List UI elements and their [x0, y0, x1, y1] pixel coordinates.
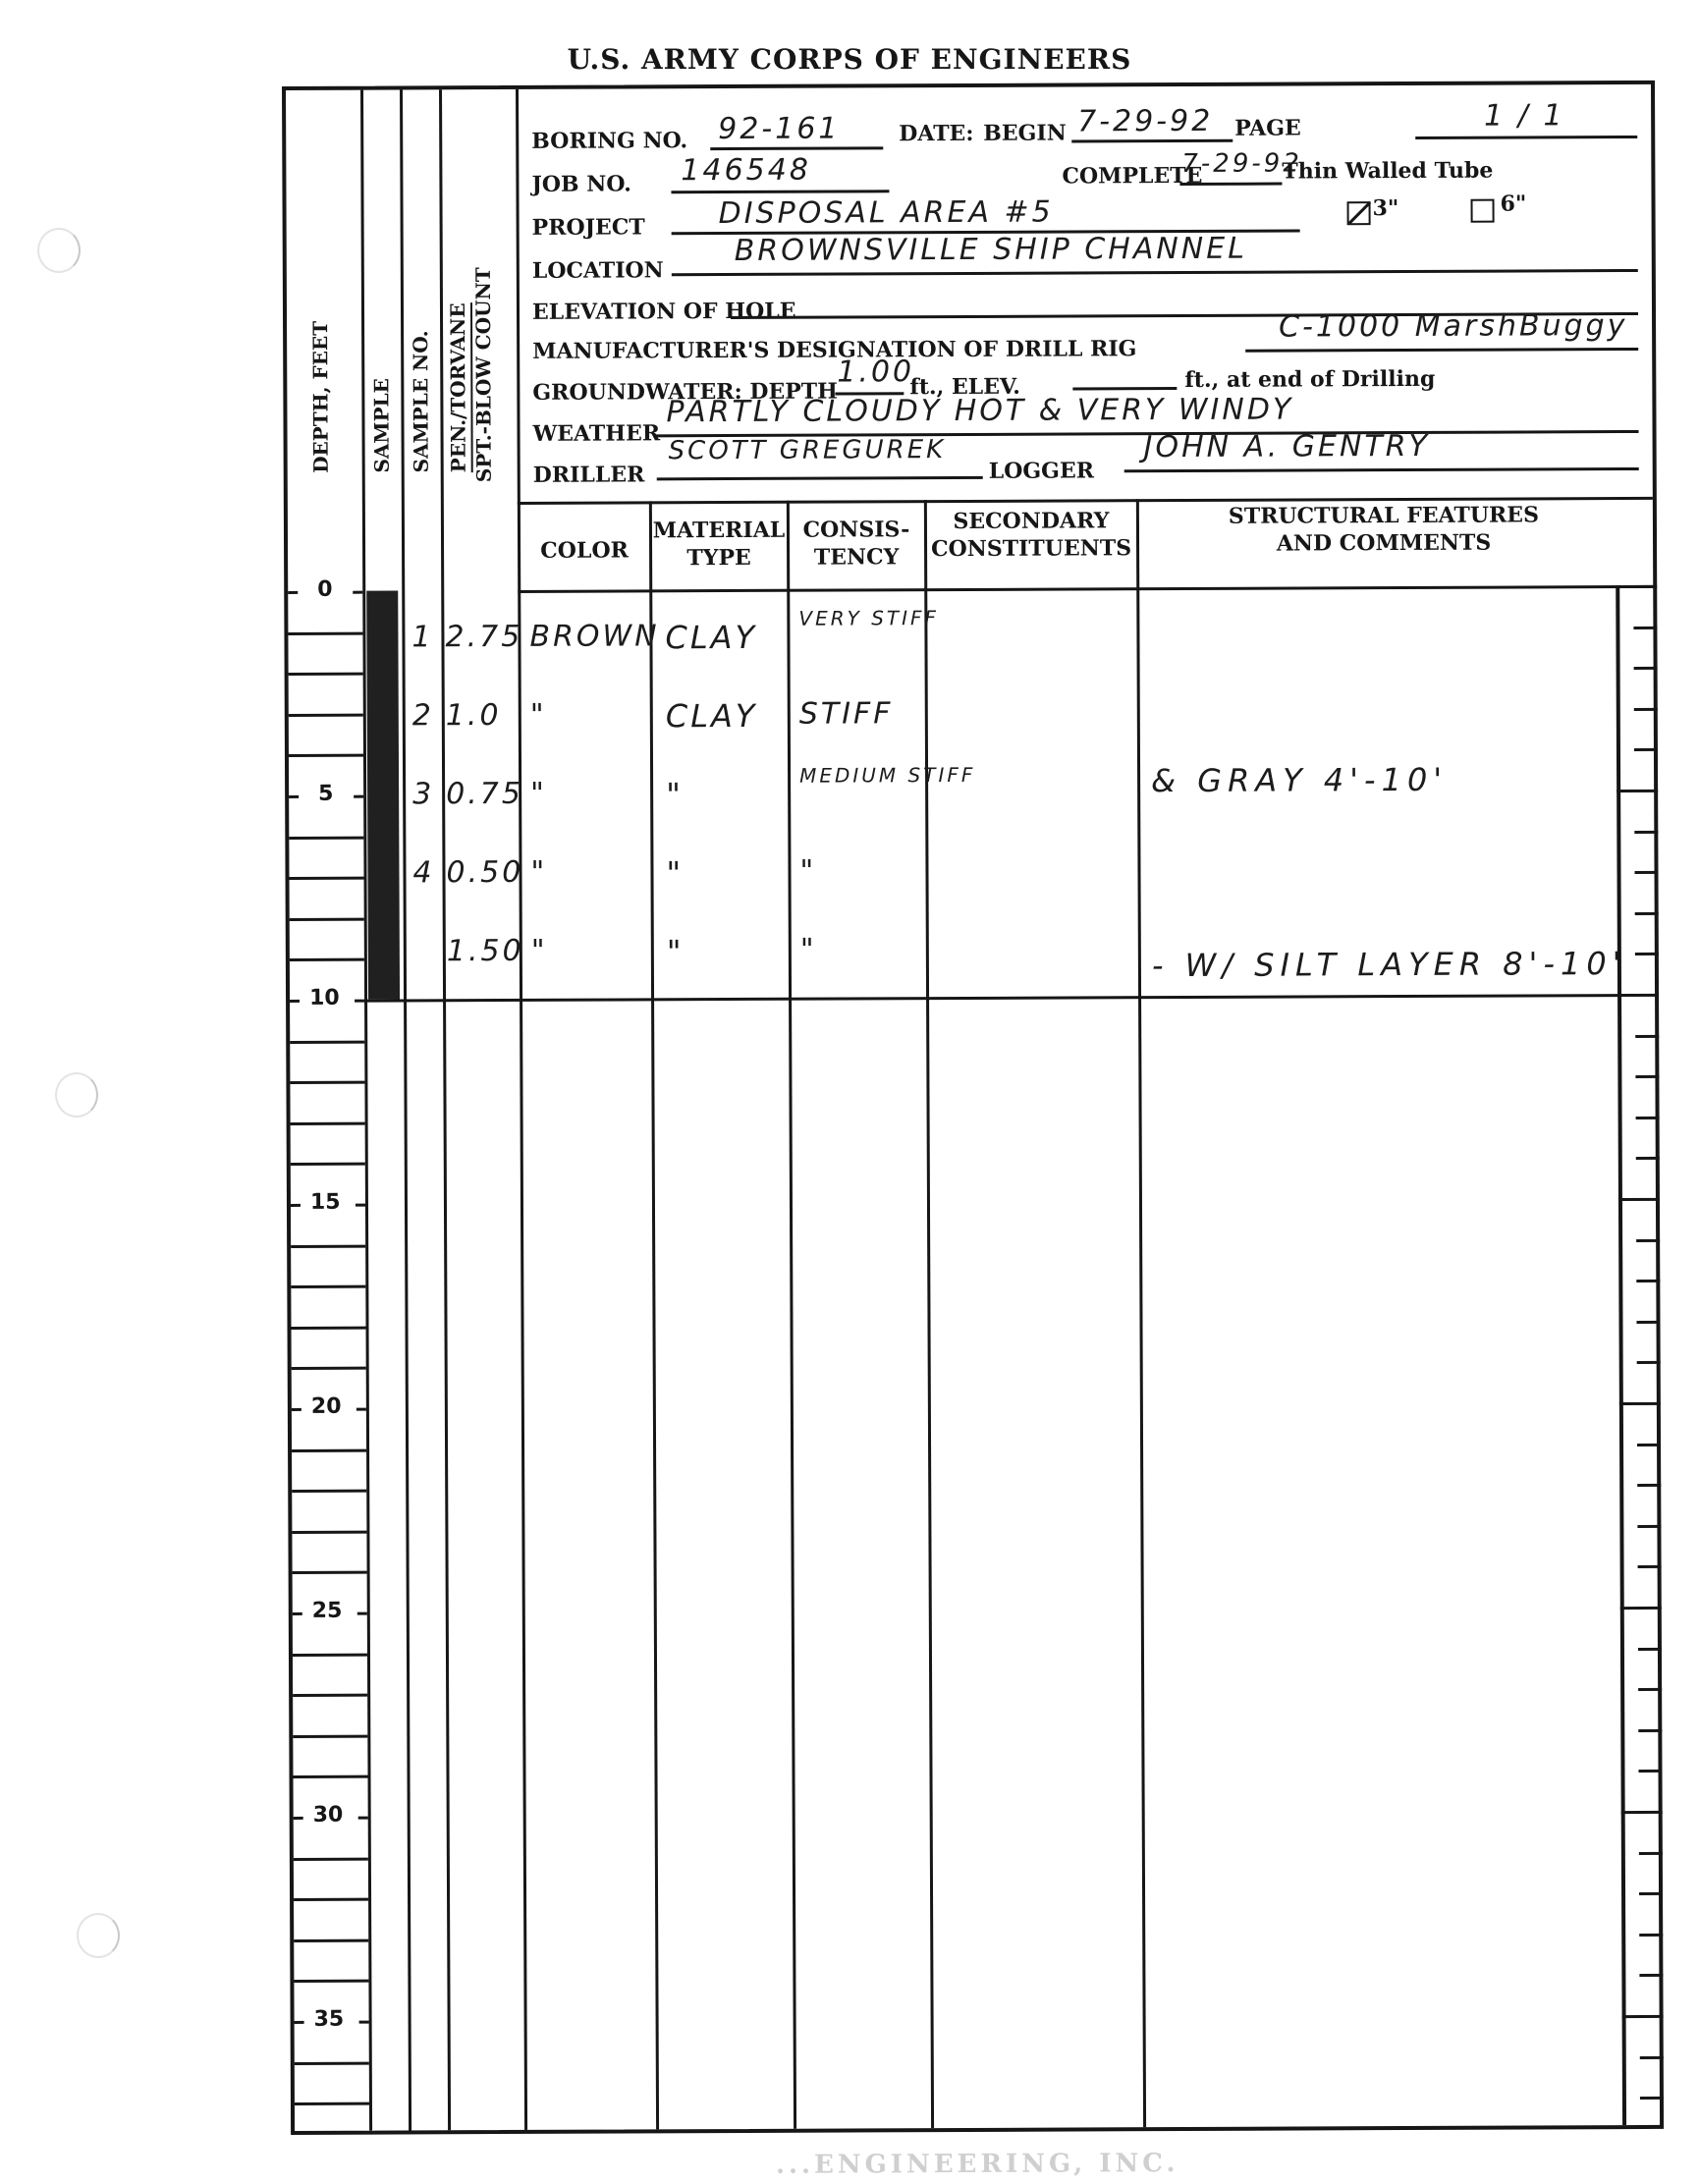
depth-label: 0	[313, 577, 336, 602]
table-row: 21.0"CLAYSTIFF	[289, 674, 1617, 758]
gauge-tick	[1639, 1892, 1663, 1895]
depth-gridline	[294, 1857, 368, 1860]
column-header-secondary-line1: SECONDARY	[926, 507, 1136, 535]
depth-gridline	[294, 1898, 368, 1901]
column-header-structural-line2: AND COMMENTS	[1138, 528, 1629, 558]
consistency-cell: MEDIUM STIFF	[799, 763, 975, 788]
begin-date-value: 7-29-92	[1077, 104, 1213, 139]
depth-gridline	[293, 1734, 367, 1737]
depth-label: 20	[307, 1394, 346, 1419]
depth-tick	[293, 1612, 302, 1615]
column-header-consistency: CONSIS- TENCY	[789, 516, 924, 572]
gauge-tick	[1639, 1974, 1663, 1977]
color-cell: "	[530, 855, 547, 890]
depth-tick	[357, 1612, 367, 1615]
column-header-sample-no: SAMPLE NO.	[409, 330, 433, 472]
gauge-tick	[1638, 1688, 1662, 1691]
consistency-cell: STIFF	[799, 696, 894, 731]
depth-tick	[288, 591, 298, 594]
gauge-tick	[1635, 1034, 1659, 1037]
binder-hole	[37, 228, 81, 273]
comment-text: - W/ SILT LAYER 8'-10'	[1152, 945, 1627, 984]
location-label: LOCATION	[532, 257, 664, 284]
gauge-tick	[1633, 626, 1657, 628]
tube-6in-checkbox[interactable]	[1471, 199, 1495, 223]
sample-no-cell: 1	[411, 620, 433, 654]
gauge-tick	[1636, 1238, 1660, 1241]
organization-title: U.S. ARMY CORPS OF ENGINEERS	[0, 43, 1699, 76]
tube-6in-label: 6"	[1500, 191, 1526, 216]
divider	[518, 585, 1653, 593]
gauge-major-line	[1619, 1402, 1661, 1405]
color-cell: "	[530, 777, 547, 811]
gauge-tick	[1635, 1075, 1659, 1078]
gauge-major-line	[1620, 1607, 1662, 1610]
depth-gridline	[291, 1285, 365, 1288]
gauge-major-line	[1617, 790, 1658, 792]
gauge-major-line	[1616, 585, 1657, 588]
end-of-boring-line	[364, 994, 1617, 1003]
gauge-tick	[1635, 912, 1659, 915]
log-columns	[286, 84, 1651, 90]
tube-3in-label: 3"	[1372, 195, 1398, 221]
consistency-cell: "	[800, 933, 817, 967]
depth-gridline	[293, 1571, 367, 1574]
depth-tick	[353, 591, 362, 594]
footer-faded-text: ...ENGINEERING, INC.	[295, 2147, 1660, 2182]
depth-gridline	[295, 2061, 369, 2064]
driller-label: DRILLER	[533, 462, 645, 487]
gauge-major-line	[1618, 1198, 1660, 1201]
table-row: 12.75BROWNCLAYVERY STIFF	[288, 595, 1616, 680]
depth-label: 25	[308, 1599, 347, 1623]
tube-label: Thin Walled Tube	[1282, 158, 1493, 185]
divider	[1616, 585, 1626, 2125]
tube-3in-checkbox[interactable]	[1347, 201, 1371, 225]
depth-gridline	[292, 1448, 366, 1451]
driller-value: SCOTT GREGUREK	[669, 435, 947, 465]
depth-label: 15	[306, 1190, 345, 1215]
logger-value: JOHN A. GENTRY	[1144, 429, 1430, 464]
gauge-tick	[1639, 1934, 1663, 1937]
depth-gridline	[293, 1653, 367, 1656]
sample-no-cell: 2	[412, 698, 434, 733]
job-no-value: 146548	[681, 153, 811, 189]
logger-label: LOGGER	[989, 458, 1094, 483]
gauge-tick	[1636, 1321, 1660, 1324]
pen-torvane-cell: 1.0	[446, 698, 502, 733]
depth-tick	[356, 1204, 365, 1207]
depth-gridline	[292, 1326, 366, 1329]
groundwater-end-label: ft., at end of Drilling	[1184, 366, 1435, 393]
depth-tick	[294, 1817, 303, 1820]
column-header-consistency-line1: CONSIS-	[789, 516, 924, 544]
gauge-tick	[1638, 1729, 1662, 1732]
column-header-sample: SAMPLE	[369, 378, 393, 473]
sample-no-cell: 4	[412, 855, 434, 890]
depth-tick	[290, 1000, 300, 1003]
pen-torvane-cell: 2.75	[445, 620, 522, 654]
gauge-major-line	[1621, 1811, 1663, 1814]
gauge-tick	[1640, 2097, 1664, 2100]
boring-no-label: BORING NO.	[531, 128, 687, 154]
location-value: BROWNSVILLE SHIP CHANNEL	[735, 232, 1247, 268]
gauge-tick	[1640, 2055, 1664, 2058]
material-cell: "	[666, 776, 684, 813]
gauge-tick	[1636, 1280, 1660, 1283]
column-header-color: COLOR	[520, 536, 649, 565]
depth-gridline	[294, 1775, 368, 1778]
begin-label: BEGIN	[983, 121, 1067, 146]
depth-tick	[292, 1408, 301, 1411]
depth-label: 35	[310, 2007, 349, 2032]
gauge-tick	[1638, 1565, 1662, 1568]
binder-hole	[77, 1913, 120, 1958]
color-cell: "	[531, 934, 548, 968]
consistency-cell: VERY STIFF	[798, 606, 939, 630]
color-cell: "	[530, 698, 547, 733]
job-no-label: JOB NO.	[531, 171, 631, 196]
depth-gridline	[292, 1367, 366, 1370]
gauge-tick	[1634, 748, 1658, 751]
column-header-consistency-line2: TENCY	[789, 543, 924, 572]
gauge-tick	[1638, 1770, 1662, 1773]
date-label: DATE:	[899, 121, 973, 146]
pen-torvane-cell: 1.50	[447, 934, 524, 968]
color-cell: BROWN	[529, 619, 659, 654]
divider	[516, 89, 527, 2130]
pen-torvane-cell: 0.50	[446, 855, 523, 890]
boring-no-value: 92-161	[718, 112, 840, 147]
depth-tick	[291, 1204, 301, 1207]
gauge-tick	[1637, 1361, 1661, 1364]
gauge-major-line	[1622, 2015, 1664, 2018]
sample-no-cell: 3	[412, 777, 434, 811]
gauge-tick	[1634, 830, 1658, 833]
gauge-tick	[1635, 953, 1659, 955]
gauge-tick	[1634, 667, 1658, 670]
column-header-secondary: SECONDARY CONSTITUENTS	[926, 507, 1136, 563]
depth-tick	[356, 1408, 366, 1411]
depth-tick	[295, 2021, 304, 2024]
depth-scale: 05101520253035	[286, 84, 1651, 90]
column-header-depth: DEPTH, FEET	[308, 321, 333, 473]
consistency-cell: "	[799, 854, 816, 889]
table-row: 40.50"""	[289, 831, 1617, 915]
gauge-tick	[1639, 1851, 1663, 1854]
depth-tick	[358, 1817, 368, 1820]
material-cell: CLAY	[665, 619, 757, 656]
column-header-pen-torvane: PEN./TORVANE	[446, 302, 473, 472]
column-header-material: MATERIAL TYPE	[651, 517, 787, 573]
depth-gridline	[291, 1163, 365, 1166]
depth-gridline	[292, 1490, 366, 1493]
page-value: 1 / 1	[1484, 98, 1565, 133]
weather-value: PARTLY CLOUDY HOT & VERY WINDY	[666, 393, 1293, 430]
comment-text: & GRAY 4'-10'	[1151, 761, 1448, 799]
gauge-tick	[1638, 1647, 1662, 1650]
gauge-tick	[1637, 1484, 1661, 1487]
column-header-spt-blow-count: SPT.-BLOW COUNT	[471, 267, 496, 482]
gauge-tick	[1636, 1157, 1660, 1160]
drill-rig-value: C-1000 MarshBuggy	[1279, 308, 1627, 345]
gauge-tick	[1636, 1117, 1660, 1119]
log-rows: 12.75BROWNCLAYVERY STIFF21.0"CLAYSTIFF30…	[286, 84, 1651, 90]
column-header-structural: STRUCTURAL FEATURES AND COMMENTS	[1138, 501, 1629, 558]
depth-tick	[355, 1000, 364, 1003]
depth-gridline	[292, 1530, 366, 1533]
gauge-major-line	[1617, 994, 1659, 997]
depth-gridline	[291, 1244, 365, 1247]
material-cell: "	[666, 854, 684, 892]
depth-tick	[359, 2021, 369, 2024]
column-header-material-line1: MATERIAL	[651, 517, 787, 545]
depth-gridline	[294, 1980, 368, 1983]
pen-torvane-cell: 0.75	[446, 777, 523, 811]
column-header-structural-line1: STRUCTURAL FEATURES	[1138, 501, 1629, 530]
depth-gridline	[290, 1040, 364, 1043]
project-label: PROJECT	[532, 214, 645, 241]
depth-gridline	[291, 1121, 365, 1124]
depth-label: 30	[309, 1803, 348, 1828]
column-header-material-line2: TYPE	[651, 544, 787, 573]
material-cell: "	[667, 933, 685, 970]
depth-gridline	[290, 1081, 364, 1084]
gauge-tick	[1637, 1443, 1661, 1446]
gauge-tick	[1637, 1525, 1661, 1528]
column-header-secondary-line2: CONSTITUENTS	[926, 534, 1136, 563]
depth-gridline	[294, 1938, 368, 1941]
material-cell: CLAY	[666, 697, 758, 735]
gauge-tick	[1635, 871, 1659, 874]
depth-gridline	[293, 1694, 367, 1697]
groundwater-depth-value: 1.00	[837, 355, 914, 389]
depth-gridline	[295, 2102, 369, 2105]
weather-label: WEATHER	[532, 420, 660, 447]
binder-hole	[55, 1072, 98, 1118]
boring-log-form: DEPTH, FEET SAMPLE SAMPLE NO. PEN./TORVA…	[282, 81, 1664, 2135]
project-value: DISPOSAL AREA #5	[718, 195, 1053, 231]
groundwater-elev-field[interactable]	[1072, 354, 1177, 390]
gauge-tick	[1634, 708, 1658, 711]
page-label: PAGE	[1234, 115, 1301, 140]
